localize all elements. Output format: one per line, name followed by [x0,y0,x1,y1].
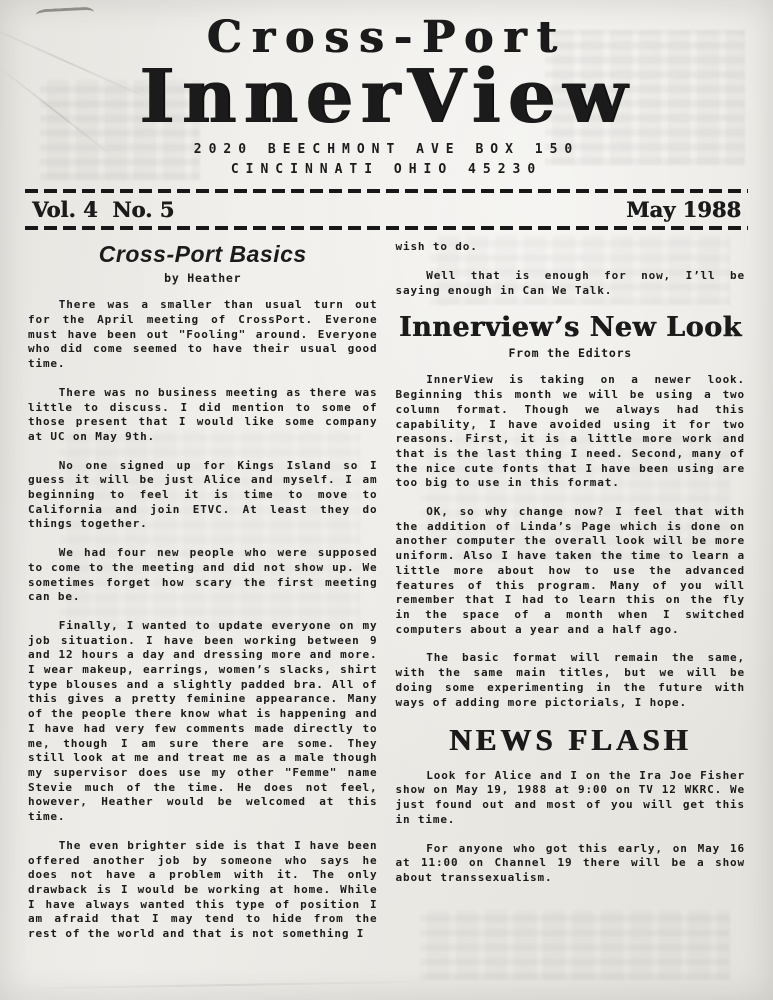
newsletter-page: Cross-Port InnerView 2020 BEECHMONT AVE … [0,0,773,1000]
paragraph: There was no business meeting as there w… [28,386,378,445]
volume-number: Vol. 4 No. 5 [32,197,174,222]
newsletter-address: 2020 BEECHMONT AVE BOX 150 CINCINNATI OH… [0,140,773,179]
article-byline: by Heather [28,271,378,286]
issue-date: May 1988 [626,197,741,222]
article-title-news-flash: NEWS FLASH [396,724,746,757]
article-title-new-look: Innerview’s New Look [396,314,746,342]
paragraph: For anyone who got this early, on May 16… [396,842,746,886]
paragraph: InnerView is taking on a newer look. Beg… [396,373,746,491]
paragraph: Well that is enough for now, I’ll be say… [396,269,746,298]
paragraph: Finally, I wanted to update everyone on … [28,619,378,825]
paragraph: There was a smaller than usual turn out … [28,298,378,372]
dashed-rule-top [25,189,748,193]
right-column: wish to do. Well that is enough for now,… [396,240,746,955]
left-column: Cross-Port Basics by Heather There was a… [28,240,378,955]
paragraph: Look for Alice and I on the Ira Joe Fish… [396,769,746,828]
paragraph: We had four new people who were supposed… [28,546,378,605]
address-line2: CINCINNATI OHIO 45230 [0,160,773,180]
article-title-crossport-basics: Cross-Port Basics [28,242,378,267]
address-line1: 2020 BEECHMONT AVE BOX 150 [0,140,773,160]
volume-date-bar: Vol. 4 No. 5 May 1988 [32,197,741,222]
body-columns: Cross-Port Basics by Heather There was a… [0,230,773,955]
article-byline: From the Editors [396,346,746,361]
paragraph: The basic format will remain the same, w… [396,651,746,710]
newsletter-title-line2: InnerView [0,62,773,132]
continuation-line: wish to do. [396,240,746,255]
paper-crease [20,980,440,989]
paragraph: OK, so why change now? I feel that with … [396,505,746,637]
paragraph: The even brighter side is that I have be… [28,839,378,942]
paragraph: No one signed up for Kings Island so I g… [28,459,378,533]
masthead: Cross-Port InnerView 2020 BEECHMONT AVE … [0,0,773,179]
